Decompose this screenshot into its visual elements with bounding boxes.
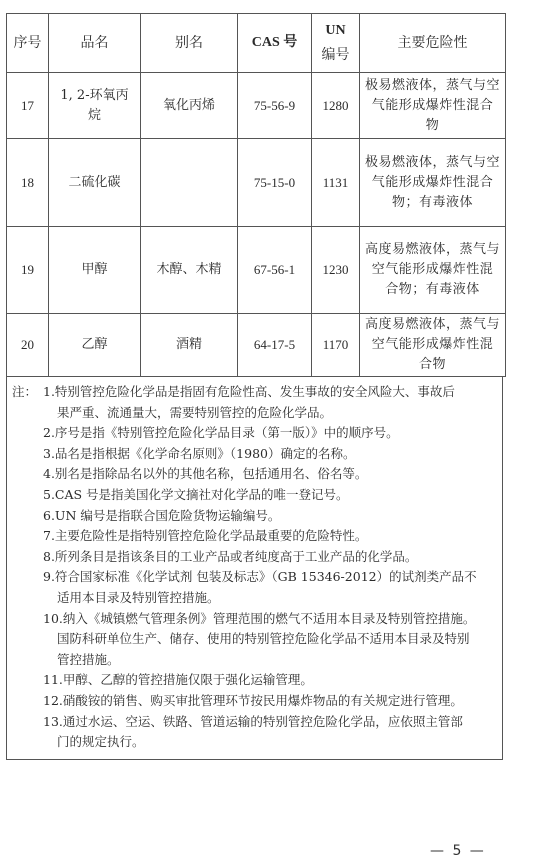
cell-un: 1280 bbox=[312, 73, 360, 139]
table-row: 20 乙醇 酒精 64-17-5 1170 高度易燃液体，蒸气与 空气能形成爆炸… bbox=[7, 314, 506, 377]
hazard-line: 空气能形成爆炸性混 bbox=[360, 260, 505, 280]
cell-name: 乙醇 bbox=[49, 314, 141, 377]
cell-name: 1, 2-环氧丙 烷 bbox=[49, 73, 141, 139]
note-line: 管控措施。 bbox=[57, 650, 120, 670]
header-un: UN 编号 bbox=[312, 14, 360, 73]
cell-un: 1131 bbox=[312, 139, 360, 227]
table-row: 19 甲醇 木醇、木精 67-56-1 1230 高度易燃液体，蒸气与 空气能形… bbox=[7, 227, 506, 314]
hazard-line: 气能形成爆炸性混合 bbox=[360, 96, 505, 116]
cell-name-line2: 烷 bbox=[49, 106, 140, 126]
cell-name-line1: 1, 2-环氧丙 bbox=[49, 86, 140, 106]
hazard-line: 空气能形成爆炸性混 bbox=[360, 335, 505, 355]
cell-seq: 20 bbox=[7, 314, 49, 377]
hazard-line: 高度易燃液体，蒸气与 bbox=[360, 240, 505, 260]
hazard-line: 高度易燃液体，蒸气与 bbox=[360, 315, 505, 335]
cell-un: 1230 bbox=[312, 227, 360, 314]
hazardous-chemicals-table: 序号 品名 别名 CAS 号 UN 编号 主要危险性 17 1, 2-环氧丙 烷… bbox=[6, 13, 506, 377]
header-seq: 序号 bbox=[7, 14, 49, 73]
note-line: 5.CAS 号是指美国化学文摘社对化学品的唯一登记号。 bbox=[43, 485, 349, 505]
cell-cas: 64-17-5 bbox=[238, 314, 312, 377]
hazard-line: 极易燃液体，蒸气与空 bbox=[360, 153, 505, 173]
table-row: 17 1, 2-环氧丙 烷 氧化丙烯 75-56-9 1280 极易燃液体，蒸气… bbox=[7, 73, 506, 139]
cell-name: 甲醇 bbox=[49, 227, 141, 314]
cell-hazard: 高度易燃液体，蒸气与 空气能形成爆炸性混 合物；有毒液体 bbox=[360, 227, 506, 314]
note-line: 果严重、流通量大，需要特别管控的危险化学品。 bbox=[57, 403, 332, 423]
note-line: 2.序号是指《特别管控危险化学品目录（第一版）》中的顺序号。 bbox=[43, 423, 399, 443]
header-un-line2: 编号 bbox=[312, 43, 359, 67]
cell-name: 二硫化碳 bbox=[49, 139, 141, 227]
document-page: 序号 品名 别名 CAS 号 UN 编号 主要危险性 17 1, 2-环氧丙 烷… bbox=[0, 0, 541, 866]
hazard-line: 物；有毒液体 bbox=[360, 193, 505, 213]
header-un-line1: UN bbox=[312, 19, 359, 43]
note-line: 适用本目录及特别管控措施。 bbox=[57, 588, 220, 608]
cell-un: 1170 bbox=[312, 314, 360, 377]
note-line: 国防科研单位生产、储存、使用的特别管控危险化学品不适用本目录及特别 bbox=[57, 629, 470, 649]
cell-alias: 氧化丙烯 bbox=[141, 73, 238, 139]
note-line: 6.UN 编号是指联合国危险货物运输编号。 bbox=[43, 506, 280, 526]
cell-seq: 19 bbox=[7, 227, 49, 314]
note-line: 1.特别管控危险化学品是指固有危险性高、发生事故的安全风险大、事故后 bbox=[43, 382, 455, 402]
notes-prefix: 注： bbox=[12, 382, 37, 400]
cell-hazard: 极易燃液体，蒸气与空 气能形成爆炸性混合 物；有毒液体 bbox=[360, 139, 506, 227]
cell-alias bbox=[141, 139, 238, 227]
header-alias: 别名 bbox=[141, 14, 238, 73]
hazard-line: 合物 bbox=[360, 355, 505, 375]
hazard-line: 物 bbox=[360, 116, 505, 136]
cell-cas: 67-56-1 bbox=[238, 227, 312, 314]
cell-seq: 17 bbox=[7, 73, 49, 139]
header-cas: CAS 号 bbox=[238, 14, 312, 73]
cell-alias: 木醇、木精 bbox=[141, 227, 238, 314]
note-line: 门的规定执行。 bbox=[57, 732, 145, 752]
note-line: 12.硝酸铵的销售、购买审批管理环节按民用爆炸物品的有关规定进行管理。 bbox=[43, 691, 463, 711]
note-line: 11.甲醇、乙醇的管控措施仅限于强化运输管理。 bbox=[43, 670, 313, 690]
cell-hazard: 高度易燃液体，蒸气与 空气能形成爆炸性混 合物 bbox=[360, 314, 506, 377]
table-header-row: 序号 品名 别名 CAS 号 UN 编号 主要危险性 bbox=[7, 14, 506, 73]
cell-alias: 酒精 bbox=[141, 314, 238, 377]
header-hazard: 主要危险性 bbox=[360, 14, 506, 73]
note-line: 13.通过水运、空运、铁路、管道运输的特别管控危险化学品，应依照主管部 bbox=[43, 712, 463, 732]
hazard-line: 气能形成爆炸性混合 bbox=[360, 173, 505, 193]
cell-hazard: 极易燃液体，蒸气与空 气能形成爆炸性混合 物 bbox=[360, 73, 506, 139]
cell-cas: 75-56-9 bbox=[238, 73, 312, 139]
header-name: 品名 bbox=[49, 14, 141, 73]
notes-section: 注： 1.特别管控危险化学品是指固有危险性高、发生事故的安全风险大、事故后果严重… bbox=[6, 376, 503, 760]
cell-cas: 75-15-0 bbox=[238, 139, 312, 227]
page-number: — 5 — bbox=[430, 843, 486, 859]
note-line: 7.主要危险性是指特别管控危险化学品最重要的危险特性。 bbox=[43, 526, 367, 546]
hazard-line: 合物；有毒液体 bbox=[360, 280, 505, 300]
table-row: 18 二硫化碳 75-15-0 1131 极易燃液体，蒸气与空 气能形成爆炸性混… bbox=[7, 139, 506, 227]
note-line: 9.符合国家标准《化学试剂 包装及标志》（GB 15346-2012）的试剂类产… bbox=[43, 567, 477, 587]
note-line: 10.纳入《城镇燃气管理条例》管理范围的燃气不适用本目录及特别管控措施。 bbox=[43, 609, 475, 629]
cell-seq: 18 bbox=[7, 139, 49, 227]
note-line: 8.所列条目是指该条目的工业产品或者纯度高于工业产品的化学品。 bbox=[43, 547, 417, 567]
note-line: 3.品名是指根据《化学命名原则》（1980）确定的名称。 bbox=[43, 444, 356, 464]
note-line: 4.别名是指除品名以外的其他名称，包括通用名、俗名等。 bbox=[43, 464, 367, 484]
hazard-line: 极易燃液体，蒸气与空 bbox=[360, 76, 505, 96]
